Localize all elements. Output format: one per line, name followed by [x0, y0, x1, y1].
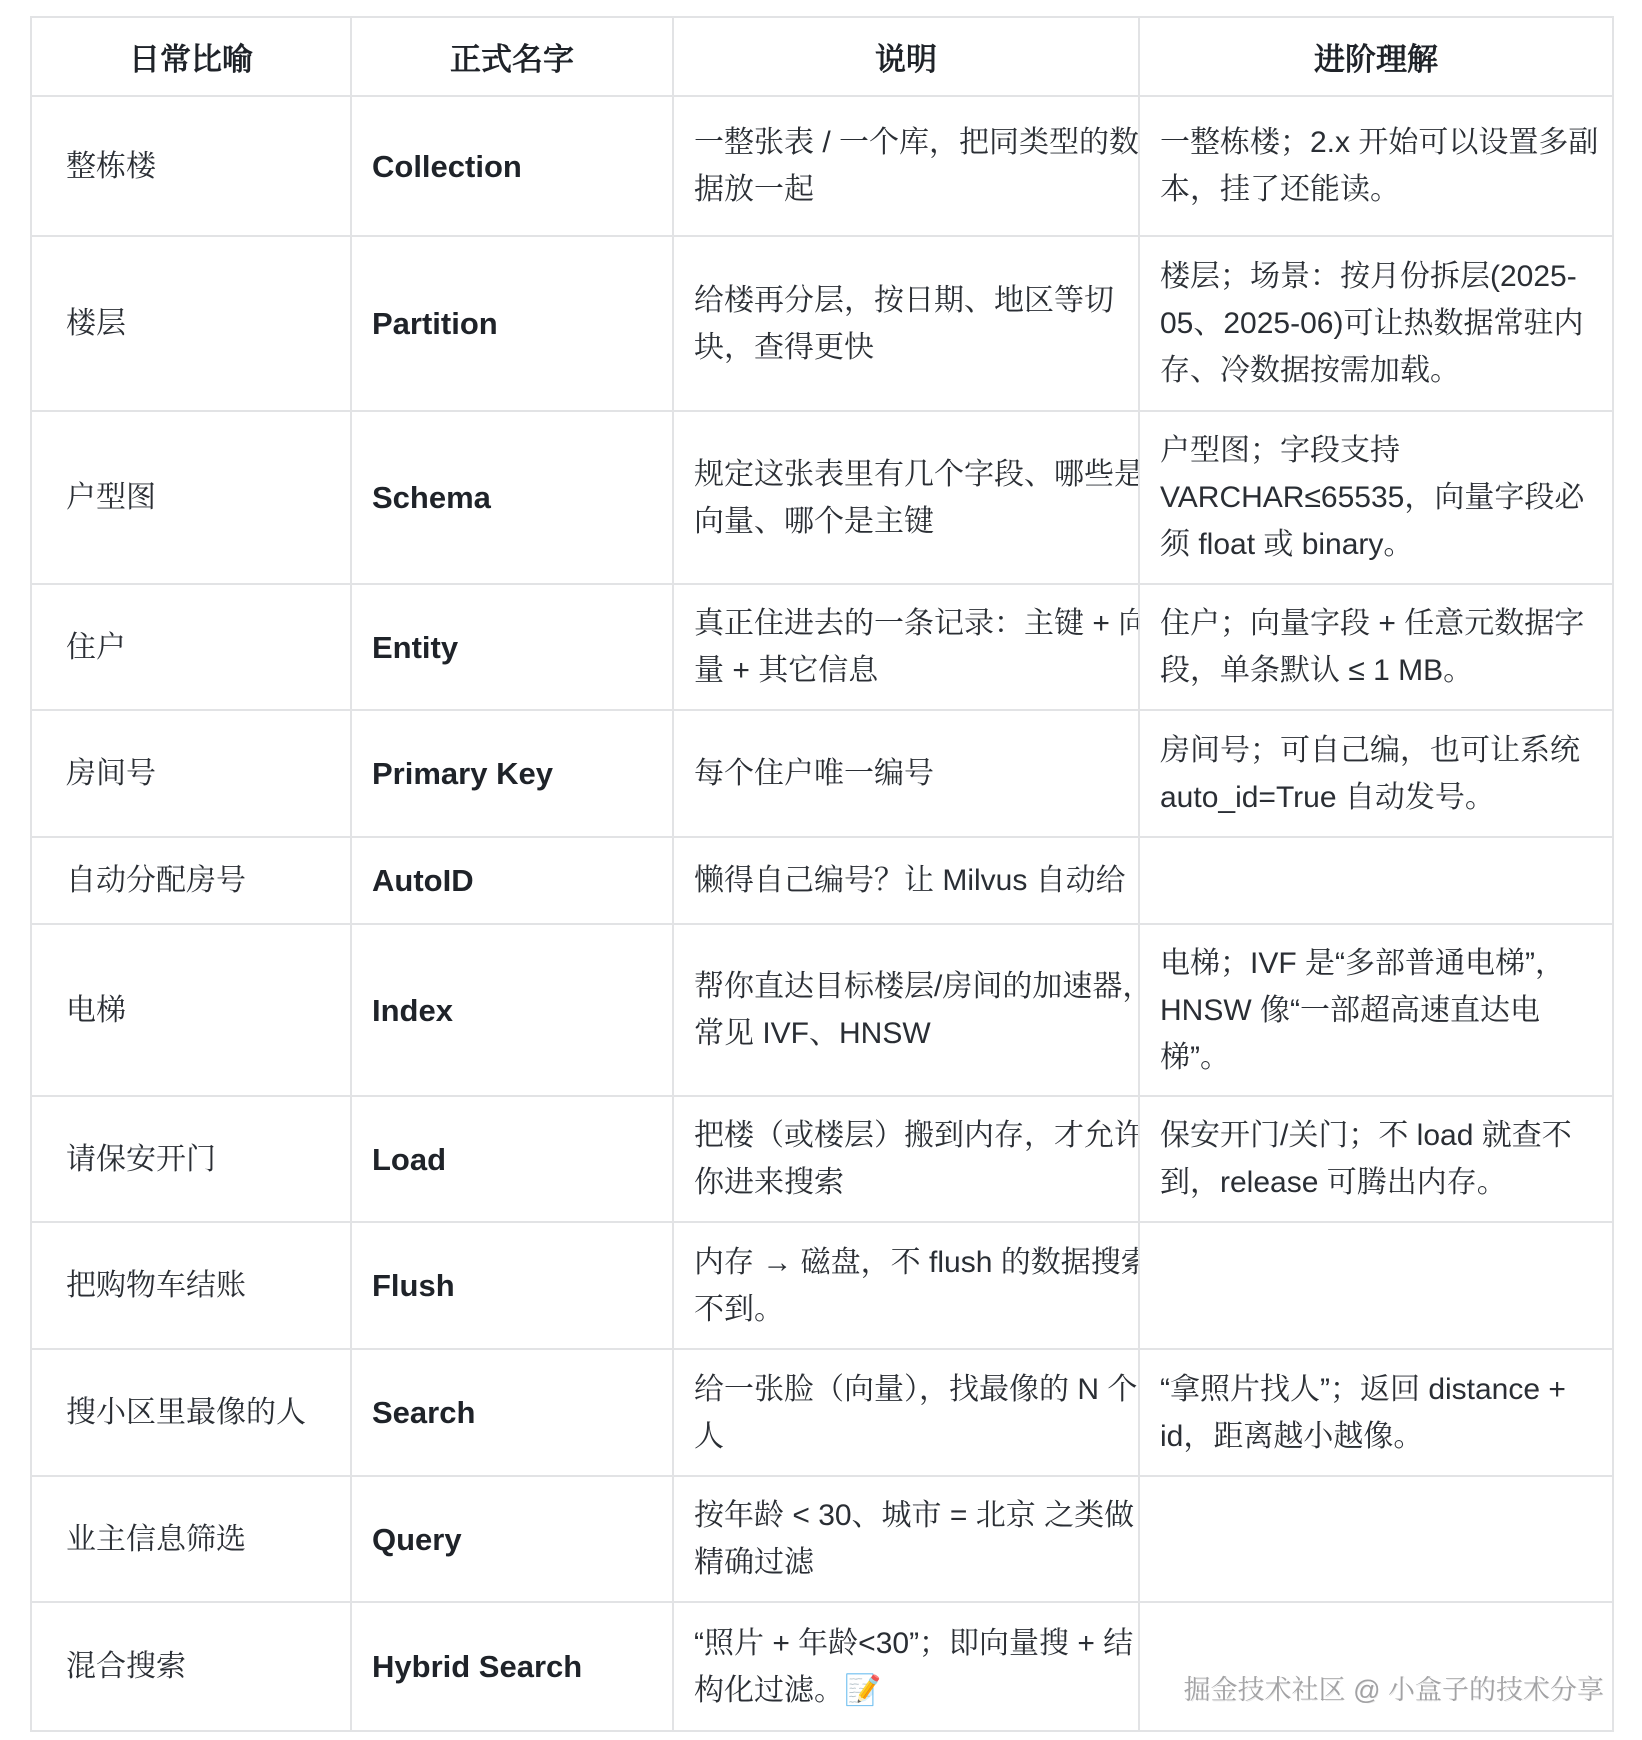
cell-formal-name: Index [351, 924, 673, 1096]
cell-advanced [1139, 1602, 1613, 1731]
cell-metaphor: 把购物车结账 [31, 1222, 351, 1349]
cell-metaphor: 请保安开门 [31, 1096, 351, 1222]
table-header-row: 日常比喻 正式名字 说明 进阶理解 [31, 17, 1613, 96]
cell-metaphor: 户型图 [31, 411, 351, 584]
cell-description: 帮你直达目标楼层/房间的加速器， 常见 IVF、HNSW [673, 924, 1139, 1096]
cell-formal-name: Hybrid Search [351, 1602, 673, 1731]
header-description: 说明 [673, 17, 1139, 96]
table-row: 混合搜索 Hybrid Search “照片 + 年龄<30”；即向量搜 + 结… [31, 1602, 1613, 1731]
cell-formal-name: Partition [351, 236, 673, 411]
cell-description: “照片 + 年龄<30”；即向量搜 + 结 构化过滤。📝 [673, 1602, 1139, 1731]
table-row: 住户 Entity 真正住进去的一条记录：主键 + 向 量 + 其它信息 住户；… [31, 584, 1613, 710]
cell-metaphor: 电梯 [31, 924, 351, 1096]
cell-advanced [1139, 1476, 1613, 1602]
cell-formal-name: Flush [351, 1222, 673, 1349]
table-row: 户型图 Schema 规定这张表里有几个字段、哪些是 向量、哪个是主键 户型图；… [31, 411, 1613, 584]
cell-metaphor: 混合搜索 [31, 1602, 351, 1731]
cell-advanced [1139, 1222, 1613, 1349]
header-formal-name: 正式名字 [351, 17, 673, 96]
cell-formal-name: Primary Key [351, 710, 673, 837]
cell-metaphor: 搜小区里最像的人 [31, 1349, 351, 1476]
cell-description: 把楼（或楼层）搬到内存，才允许 你进来搜索 [673, 1096, 1139, 1222]
cell-description: 一整张表 / 一个库，把同类型的数 据放一起 [673, 96, 1139, 236]
cell-description: 每个住户唯一编号 [673, 710, 1139, 837]
cell-advanced: 住户；向量字段 + 任意元数据字 段，单条默认 ≤ 1 MB。 [1139, 584, 1613, 710]
cell-description: 按年龄 < 30、城市 = 北京 之类做 精确过滤 [673, 1476, 1139, 1602]
cell-metaphor: 楼层 [31, 236, 351, 411]
cell-advanced: 保安开门/关门；不 load 就查不 到，release 可腾出内存。 [1139, 1096, 1613, 1222]
cell-advanced: 房间号；可自己编，也可让系统 auto_id=True 自动发号。 [1139, 710, 1613, 837]
milvus-concepts-table: 日常比喻 正式名字 说明 进阶理解 整栋楼 Collection 一整张表 / … [30, 16, 1614, 1732]
cell-description: 懒得自己编号？让 Milvus 自动给 [673, 837, 1139, 924]
cell-advanced [1139, 837, 1613, 924]
table-row: 搜小区里最像的人 Search 给一张脸（向量），找最像的 N 个 人 “拿照片… [31, 1349, 1613, 1476]
cell-formal-name: Load [351, 1096, 673, 1222]
cell-description: 内存 → 磁盘，不 flush 的数据搜索 不到。 [673, 1222, 1139, 1349]
cell-description: 给楼再分层，按日期、地区等切 块，查得更快 [673, 236, 1139, 411]
cell-advanced: “拿照片找人”；返回 distance + id，距离越小越像。 [1139, 1349, 1613, 1476]
table-row: 请保安开门 Load 把楼（或楼层）搬到内存，才允许 你进来搜索 保安开门/关门… [31, 1096, 1613, 1222]
cell-formal-name: Query [351, 1476, 673, 1602]
cell-advanced: 电梯；IVF 是“多部普通电梯”， HNSW 像“一部超高速直达电 梯”。 [1139, 924, 1613, 1096]
table-row: 自动分配房号 AutoID 懒得自己编号？让 Milvus 自动给 [31, 837, 1613, 924]
watermark: 掘金技术社区 @ 小盒子的技术分享 [1184, 1668, 1604, 1707]
table-row: 把购物车结账 Flush 内存 → 磁盘，不 flush 的数据搜索 不到。 [31, 1222, 1613, 1349]
cell-metaphor: 自动分配房号 [31, 837, 351, 924]
cell-description: 给一张脸（向量），找最像的 N 个 人 [673, 1349, 1139, 1476]
header-metaphor: 日常比喻 [31, 17, 351, 96]
cell-formal-name: AutoID [351, 837, 673, 924]
cell-formal-name: Collection [351, 96, 673, 236]
cell-metaphor: 房间号 [31, 710, 351, 837]
cell-description: 规定这张表里有几个字段、哪些是 向量、哪个是主键 [673, 411, 1139, 584]
table-row: 电梯 Index 帮你直达目标楼层/房间的加速器， 常见 IVF、HNSW 电梯… [31, 924, 1613, 1096]
cell-advanced: 楼层；场景：按月份拆层(2025- 05、2025-06)可让热数据常驻内 存、… [1139, 236, 1613, 411]
cell-advanced: 户型图；字段支持 VARCHAR≤65535，向量字段必 须 float 或 b… [1139, 411, 1613, 584]
table-row: 业主信息筛选 Query 按年龄 < 30、城市 = 北京 之类做 精确过滤 [31, 1476, 1613, 1602]
header-advanced: 进阶理解 [1139, 17, 1613, 96]
table-row: 整栋楼 Collection 一整张表 / 一个库，把同类型的数 据放一起 一整… [31, 96, 1613, 236]
cell-advanced: 一整栋楼；2.x 开始可以设置多副 本，挂了还能读。 [1139, 96, 1613, 236]
page: 日常比喻 正式名字 说明 进阶理解 整栋楼 Collection 一整张表 / … [0, 0, 1642, 1740]
cell-formal-name: Search [351, 1349, 673, 1476]
table-row: 房间号 Primary Key 每个住户唯一编号 房间号；可自己编，也可让系统 … [31, 710, 1613, 837]
cell-metaphor: 整栋楼 [31, 96, 351, 236]
cell-metaphor: 业主信息筛选 [31, 1476, 351, 1602]
cell-description: 真正住进去的一条记录：主键 + 向 量 + 其它信息 [673, 584, 1139, 710]
table-row: 楼层 Partition 给楼再分层，按日期、地区等切 块，查得更快 楼层；场景… [31, 236, 1613, 411]
cell-formal-name: Schema [351, 411, 673, 584]
cell-metaphor: 住户 [31, 584, 351, 710]
cell-formal-name: Entity [351, 584, 673, 710]
